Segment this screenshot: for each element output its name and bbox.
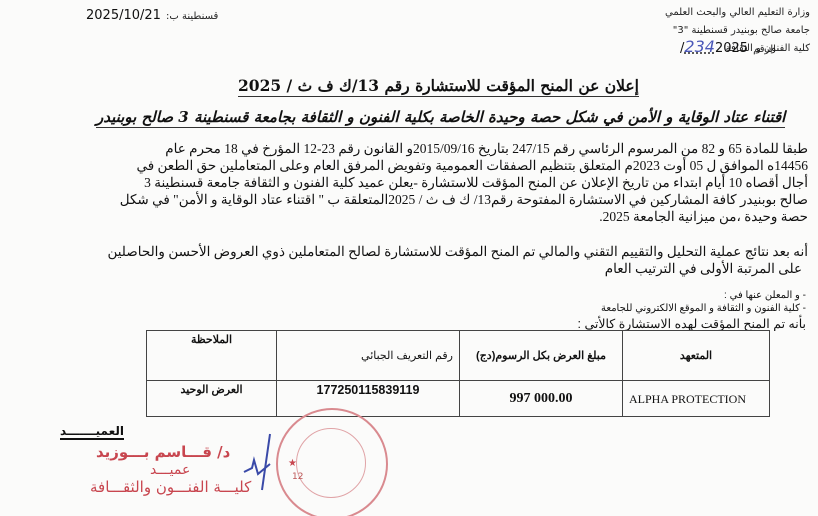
header-bidder: المتعهد <box>623 331 770 381</box>
table-row: ALPHA PROTECTION 997 000.00 177250115839… <box>147 381 770 417</box>
reference-number: الرقم 2342025/ <box>680 37 776 56</box>
official-stamp-icon: ★ 12 <box>276 408 388 516</box>
body-paragraph-2: أنه بعد نتائج عملية التحليل والتقييم الت… <box>50 243 808 277</box>
body-line: 14456ه الموافق ل 05 أوت 2023م المتعلق بت… <box>50 157 808 174</box>
body-line: أنه بعد نتائج عملية التحليل والتقييم الت… <box>50 243 808 260</box>
cell-amount: 997 000.00 <box>460 381 623 417</box>
award-intro: بأنه تم المنح المؤقت لهده الاستشارة كالأ… <box>578 316 806 331</box>
header-amount: مبلغ العرض بكل الرسوم(دج) <box>460 331 623 381</box>
announcement-subtitle: اقتناء عتاد الوقاية و الأمن في شكل حصة و… <box>96 108 785 128</box>
cell-tax-id: 177250115839119 <box>277 381 460 417</box>
document-date: 2025/10/21 <box>86 8 161 23</box>
announcement-title: إعلان عن المنح المؤقت للاستشارة رقم 13/ك… <box>238 76 639 97</box>
signatory-faculty: كليـــة الفنـــون والثقـــافة <box>90 478 251 496</box>
reference-label: الرقم <box>753 44 776 55</box>
handwritten-signature-icon <box>240 430 276 500</box>
stamp-number: 12 <box>292 472 303 482</box>
place-date: قسنطينة ب: 2025/10/21 <box>86 4 218 23</box>
signatory-role: عميـــد <box>150 462 190 478</box>
body-line: طبقا للمادة 65 و 82 من المرسوم الرئاسي ر… <box>50 140 808 157</box>
stamp-emblem <box>296 428 366 498</box>
body-line: أجال أقصاه 10 أيام ابتداء من تاريخ الإعل… <box>50 174 808 191</box>
place-date-label: قسنطينة ب: <box>166 11 218 22</box>
ministry-name: وزارة التعليم العالي والبحث العلمي <box>500 4 810 22</box>
announced-in-value: - كلية الفنون و الثقافة و الموقع الالكتر… <box>601 303 806 314</box>
header-tax-id: رقم التعريف الجبائي <box>277 331 460 381</box>
header-note: الملاحظة <box>147 331 277 381</box>
signature-title: العميـــــــد <box>60 424 124 440</box>
reference-handwritten-number: 234 <box>684 37 715 56</box>
signatory-name: د/ قـــاسم بـــوزيد <box>96 443 230 461</box>
body-paragraph-1: طبقا للمادة 65 و 82 من المرسوم الرئاسي ر… <box>50 140 808 225</box>
award-table: المتعهد مبلغ العرض بكل الرسوم(دج) رقم ال… <box>146 330 770 417</box>
body-line: على المرتبة الأولى في الترتيب العام <box>50 260 802 277</box>
cell-note: العرض الوحيد <box>147 381 277 417</box>
announced-in-label: - و المعلن عنها في : <box>724 290 806 301</box>
stamp-star-icon: ★ <box>288 458 297 469</box>
body-line: حصة وحيدة ،من ميزانية الجامعة 2025. <box>50 208 808 225</box>
table-header-row: المتعهد مبلغ العرض بكل الرسوم(دج) رقم ال… <box>147 331 770 381</box>
body-line: صالح بوبنيدر كافة المشاركين في الاستشارة… <box>50 191 808 208</box>
cell-bidder: ALPHA PROTECTION <box>623 381 770 417</box>
